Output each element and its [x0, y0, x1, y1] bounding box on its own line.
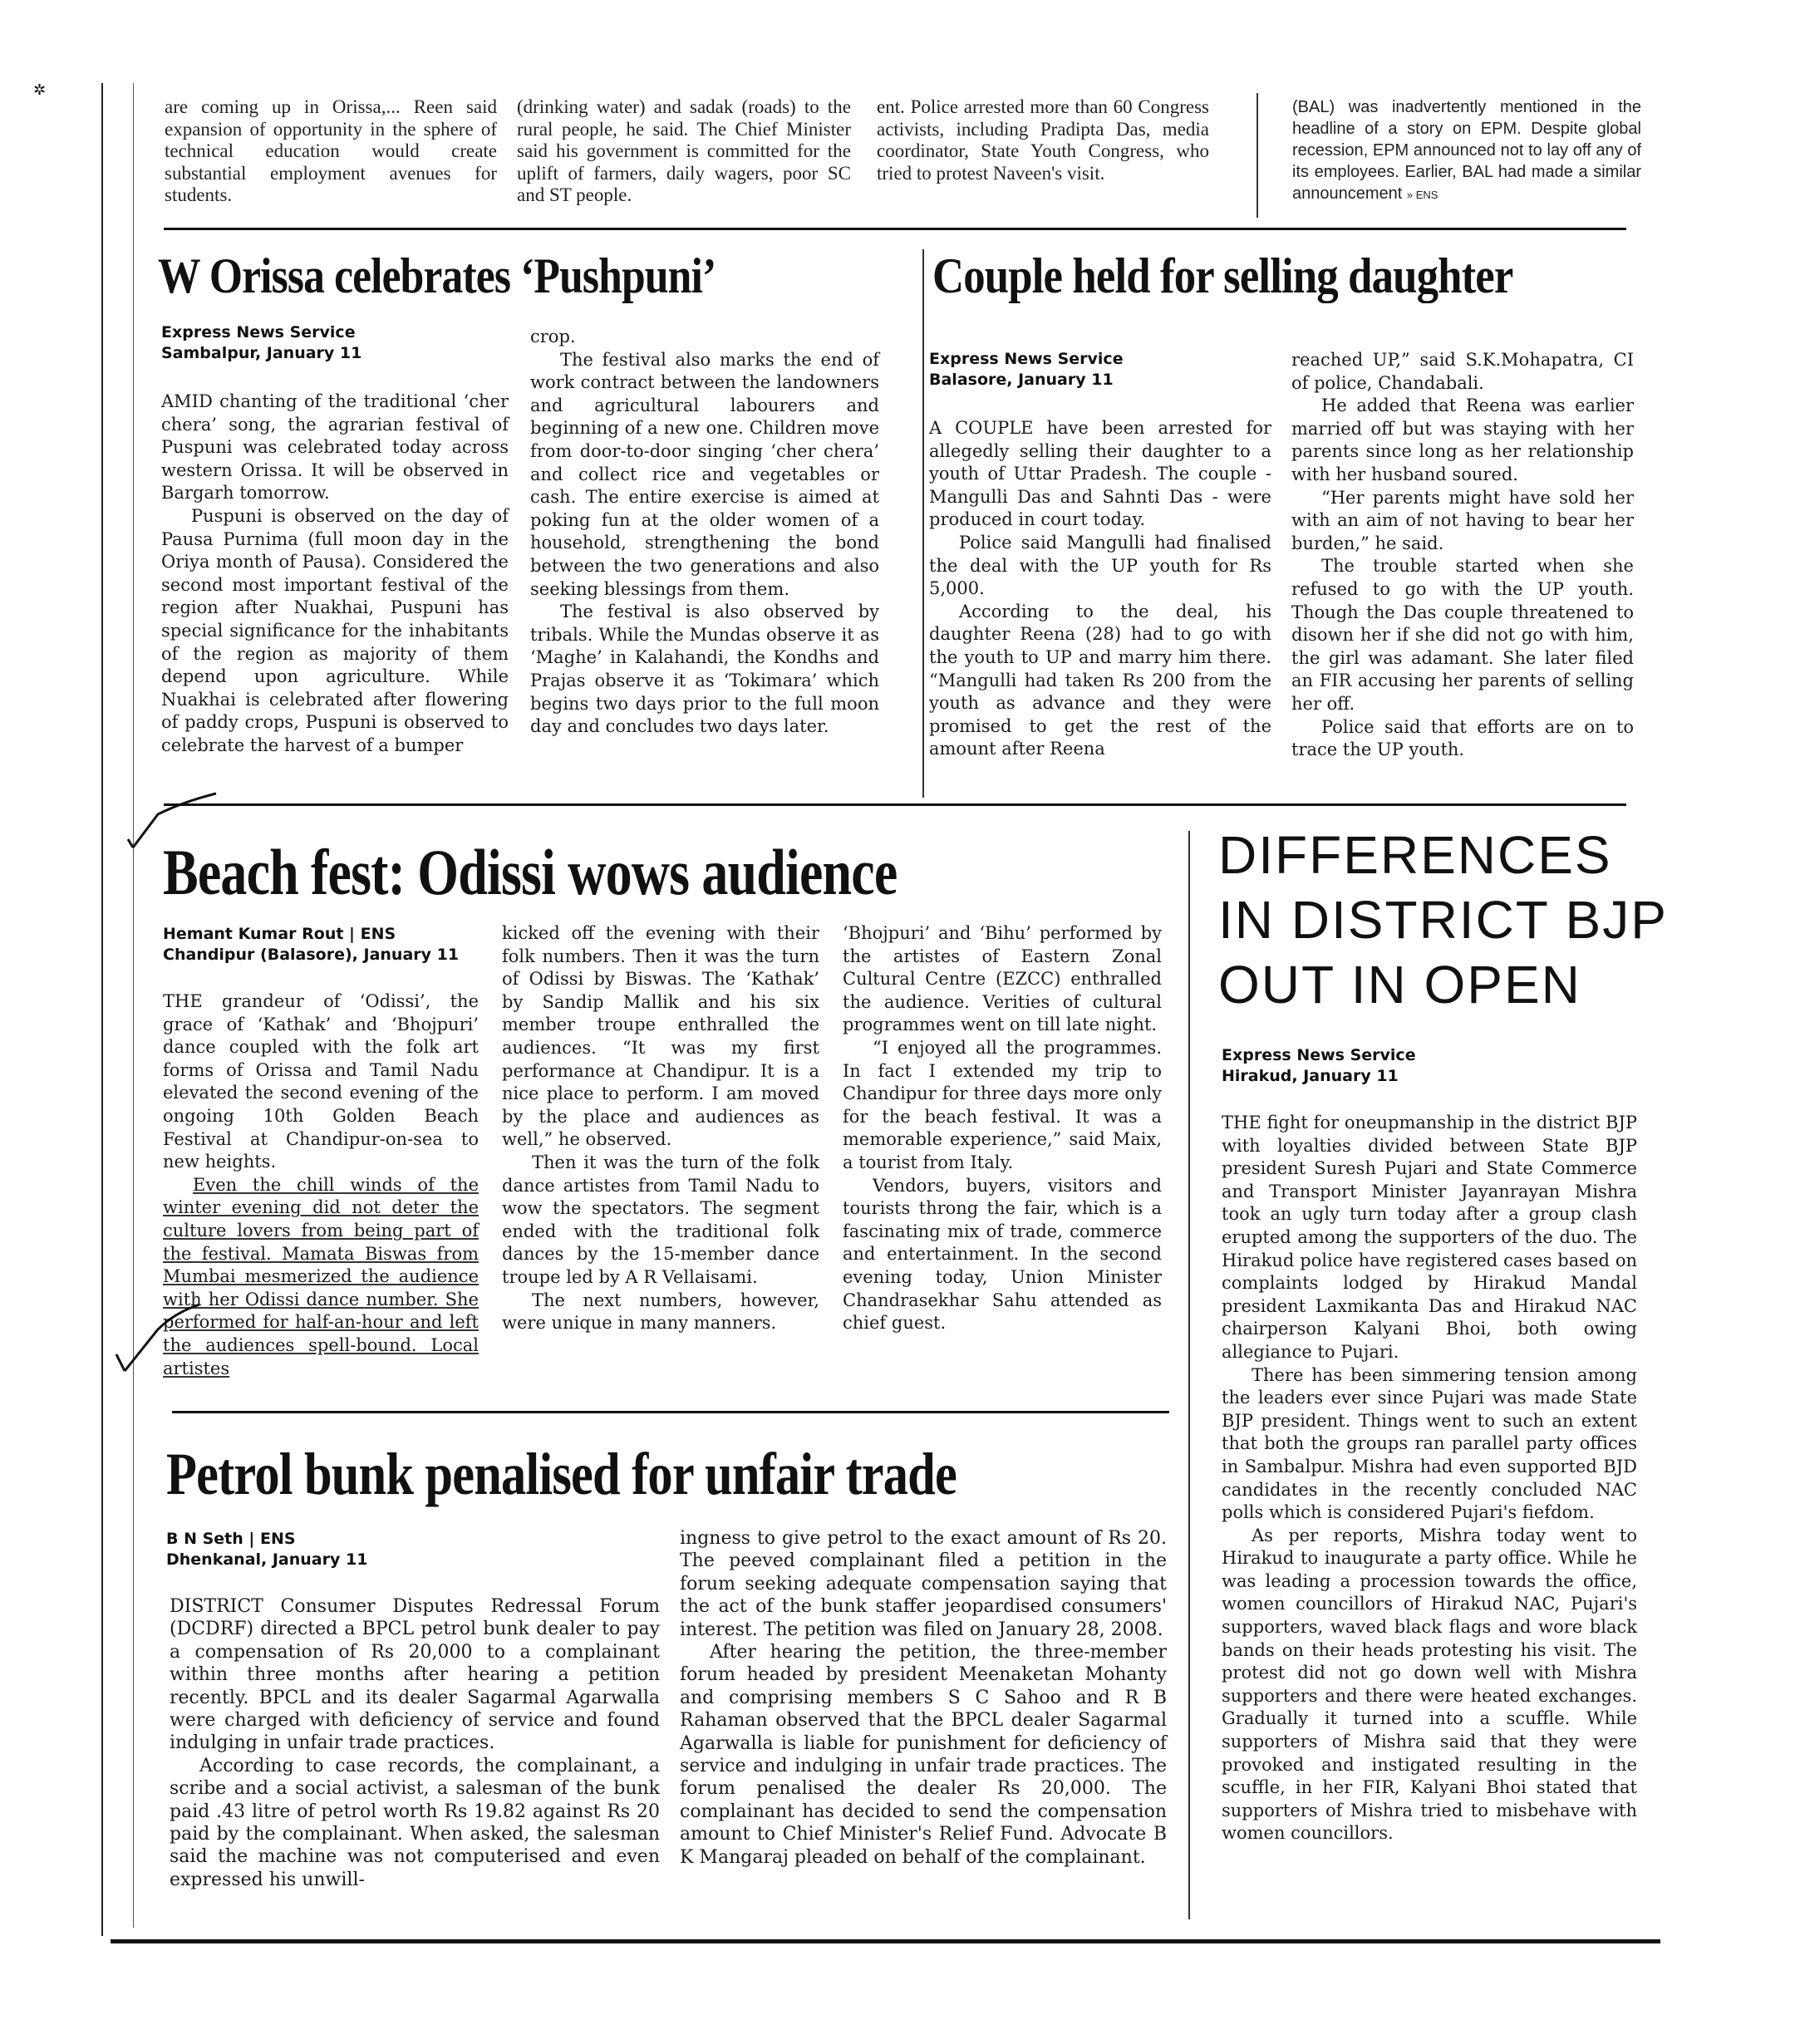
top-strip-col4-signoff: » ENS	[1407, 189, 1438, 201]
petrol-col1: DISTRICT Consumer Disputes Redressal For…	[170, 1595, 660, 1891]
byline-author: Hemant Kumar Rout | ENS	[163, 924, 459, 945]
pushpuni-col1: AMID chanting of the traditional ‘cher c…	[161, 391, 509, 758]
beach-col3: ‘Bhojpuri’ and ‘Bihu’ performed by the a…	[843, 922, 1162, 1335]
byline-petrol: B N Seth | ENS Dhenkanal, January 11	[166, 1529, 367, 1570]
top-strip-col2: (drinking water) and sadak (roads) to th…	[517, 96, 851, 213]
dateline: Sambalpur, January 11	[161, 343, 361, 364]
couple-col1: A COUPLE have been arrested for allegedl…	[929, 417, 1271, 761]
byline-couple: Express News Service Balasore, January 1…	[929, 349, 1124, 391]
headline-beach: Beach fest: Odissi wows audience	[163, 831, 897, 914]
section-rule-middle	[164, 803, 1626, 806]
byline-pushpuni: Express News Service Sambalpur, January …	[161, 322, 361, 364]
beach-col2: kicked off the evening with their folk n…	[502, 922, 819, 1335]
byline-agency: Express News Service	[929, 349, 1124, 370]
headline-bjp: DIFFERENCES IN DISTRICT BJP OUT IN OPEN	[1218, 823, 1668, 1017]
byline-agency: Express News Service	[1222, 1045, 1416, 1066]
clipping-inner-border	[133, 83, 134, 1928]
section-rule-bottom	[111, 1939, 1660, 1943]
headline-couple: Couple held for selling daughter	[932, 243, 1512, 309]
clipping-left-border	[101, 83, 103, 1936]
byline-agency: Express News Service	[161, 322, 361, 343]
pen-checkmark-icon	[108, 1296, 208, 1396]
top-strip-divider	[1256, 93, 1258, 218]
section-rule-top	[164, 228, 1626, 230]
pushpuni-col2: crop. The festival also marks the end of…	[530, 326, 879, 739]
divider-bjp	[1188, 831, 1190, 1919]
dateline: Dhenkanal, January 11	[166, 1550, 367, 1570]
headline-line: OUT IN OPEN	[1218, 952, 1668, 1017]
dateline: Chandipur (Balasore), January 11	[163, 945, 459, 965]
top-strip-col4-text: (BAL) was inadvertently mentioned in the…	[1292, 98, 1641, 203]
beach-col1: THE grandeur of ‘Odissi’, the grace of ‘…	[163, 990, 479, 1380]
petrol-col2: ingness to give petrol to the exact amou…	[680, 1527, 1167, 1869]
headline-pushpuni: W Orissa celebrates ‘Pushpuni’	[158, 243, 716, 309]
dateline: Hirakud, January 11	[1222, 1066, 1416, 1087]
dateline: Balasore, January 11	[929, 370, 1124, 391]
headline-line: IN DISTRICT BJP	[1218, 887, 1668, 952]
top-strip-col1: are coming up in Orissa,... Reen said ex…	[165, 96, 497, 213]
divider-pushpuni-couple	[922, 249, 924, 798]
top-strip-col4: (BAL) was inadvertently mentioned in the…	[1292, 96, 1641, 213]
corner-mark-icon: ✲	[33, 81, 46, 99]
headline-line: DIFFERENCES	[1218, 823, 1668, 887]
byline-bjp: Express News Service Hirakud, January 11	[1222, 1045, 1416, 1087]
headline-petrol: Petrol bunk penalised for unfair trade	[166, 1436, 957, 1512]
bjp-col1: THE fight for oneupmanship in the distri…	[1222, 1112, 1637, 1845]
byline-author: B N Seth | ENS	[166, 1529, 367, 1550]
byline-beach: Hemant Kumar Rout | ENS Chandipur (Balas…	[163, 924, 459, 965]
top-strip-col3: ent. Police arrested more than 60 Congre…	[877, 96, 1209, 213]
section-rule-lower	[172, 1411, 1169, 1413]
couple-col2: reached UP,” said S.K.Mohapatra, CI of p…	[1291, 349, 1634, 762]
